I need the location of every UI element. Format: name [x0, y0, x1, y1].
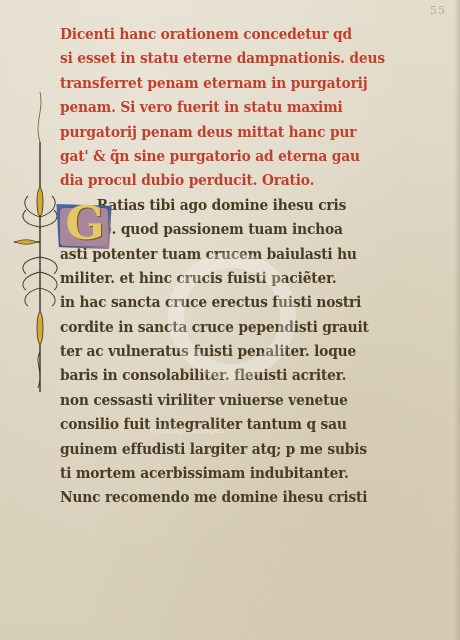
text-line: consilio fuit integraliter tantum q sau — [60, 412, 391, 436]
rubric-line: si esset in statu eterne dampnationis. d… — [60, 46, 391, 70]
rubric-line: dia procul dubio perducit. Oratio. — [60, 168, 391, 192]
rubric-line: Dicenti hanc orationem concedetur qd — [60, 22, 391, 46]
text-line: Nunc recomendo me domine ihesu cristi — [60, 485, 391, 509]
rubric-line: gat' & q̃n sine purgatorio ad eterna gau — [60, 144, 391, 168]
rubric-line: purgatorij penam deus mittat hanc pur — [60, 120, 391, 144]
illuminated-initial-letter: G — [62, 198, 108, 248]
folio-number: 55 — [430, 4, 446, 17]
page-edge — [454, 0, 460, 640]
rubric-line: transferret penam eternam in purgatorij — [60, 71, 391, 95]
text-line: guinem effudisti largiter atq; p me subi… — [60, 437, 391, 461]
manuscript-page: 55 Dicenti hanc orationem concedetur qd … — [0, 0, 460, 640]
marginal-vine-decoration-icon — [14, 92, 66, 392]
rubric-line: penam. Si vero fuerit in statu maximi — [60, 95, 391, 119]
watermark-text: Heritage Images — [150, 426, 225, 436]
text-line: non cessasti viriliter vniuerse venetue — [60, 388, 391, 412]
watermark-logo-icon — [168, 252, 296, 380]
text-line: ti mortem acerbissimam indubitanter. — [60, 461, 391, 485]
